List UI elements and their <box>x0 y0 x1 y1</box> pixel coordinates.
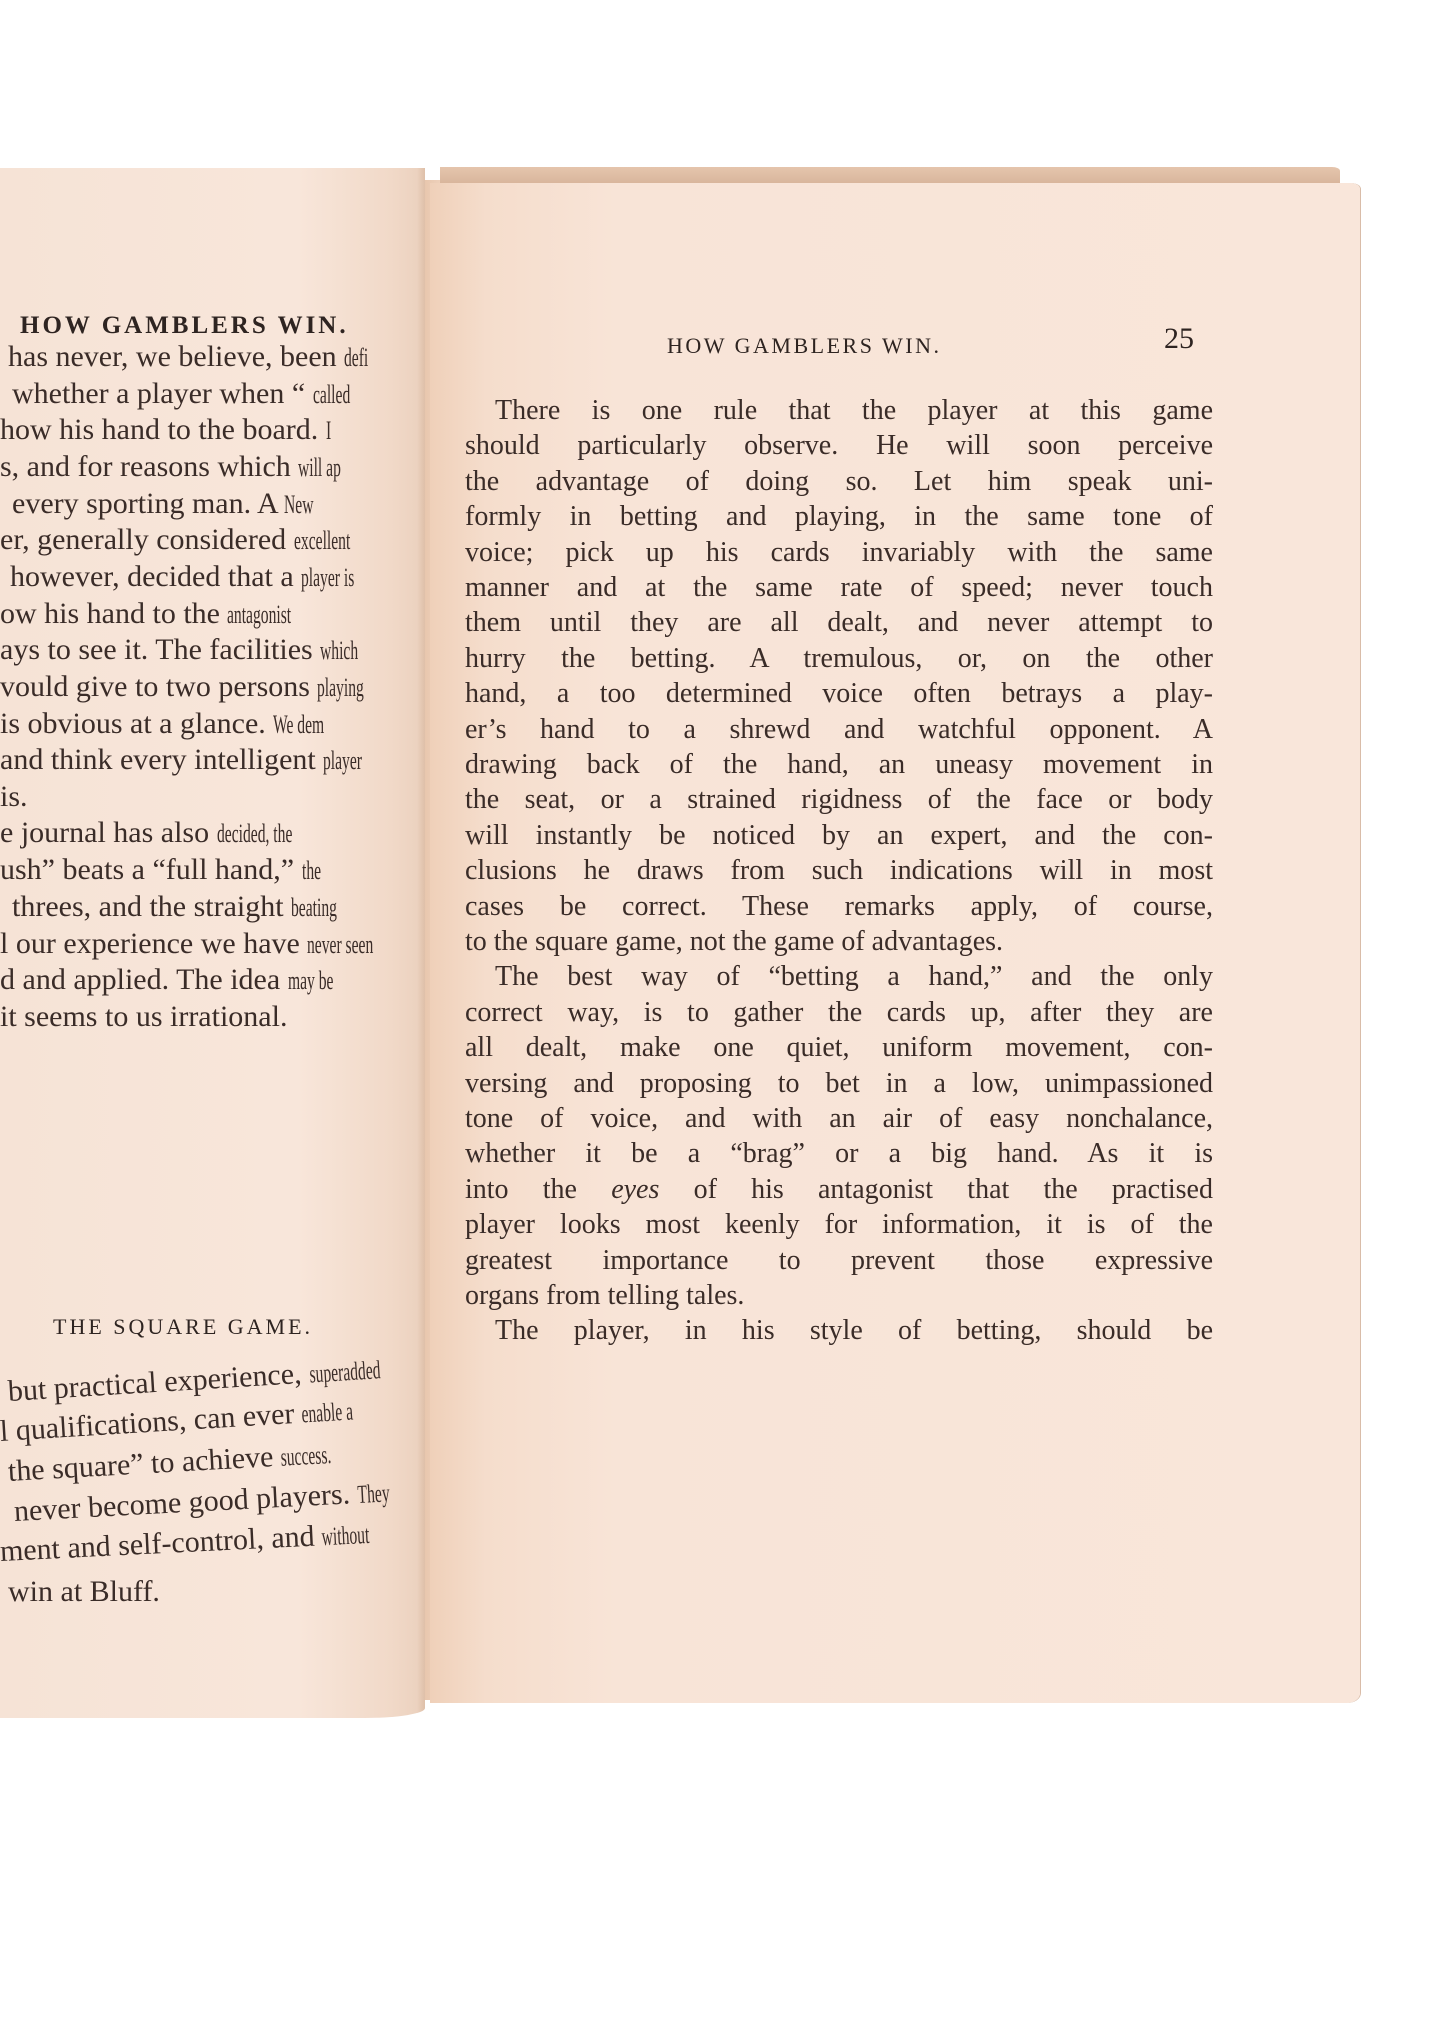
line-text: correct way, is to gather the cards up, … <box>465 997 1213 1028</box>
left-text-line: er, generally considered excellent <box>0 523 388 557</box>
line-text: player looks most keenly for information… <box>465 1209 1213 1240</box>
line-text: is. <box>0 780 28 813</box>
curved-edge-text: New <box>284 490 313 520</box>
line-text: The best way of “betting a hand,” and th… <box>495 961 1213 992</box>
curved-edge-text: We dem <box>273 710 324 740</box>
right-text-line: manner and at the same rate of speed; ne… <box>465 572 1213 604</box>
right-text-line: drawing back of the hand, an uneasy move… <box>465 749 1213 781</box>
curved-edge-text: which <box>320 636 358 666</box>
curved-edge-text: excellent <box>294 526 350 556</box>
right-text-line: The best way of “betting a hand,” and th… <box>465 961 1213 993</box>
line-text: whether it be a “brag” or a big hand. As… <box>465 1138 1213 1169</box>
right-text-line: whether it be a “brag” or a big hand. As… <box>465 1138 1213 1170</box>
line-text: er, generally considered <box>0 523 294 556</box>
line-text: The player, in his style of betting, sho… <box>495 1315 1213 1346</box>
line-text: drawing back of the hand, an uneasy move… <box>465 749 1213 780</box>
page-fold-shadow <box>417 168 425 1718</box>
line-text: l our experience we have <box>0 927 307 960</box>
right-text-line: them until they are all dealt, and never… <box>465 607 1213 639</box>
line-text: ow his hand to the <box>0 597 227 630</box>
left-section-line: win at Bluff. <box>8 1575 160 1609</box>
left-text-line: l our experience we have never seen <box>0 927 418 961</box>
line-text: them until they are all dealt, and never… <box>465 607 1213 638</box>
line-text: into the <box>465 1174 611 1205</box>
line-text: vould give to two persons <box>0 670 317 703</box>
right-text-line: greatest importance to prevent those exp… <box>465 1245 1213 1277</box>
left-text-line: is obvious at a glance. We dem <box>0 707 359 741</box>
left-text-line: every sporting man. A New <box>12 487 334 521</box>
right-text-line: cases be correct. These remarks apply, o… <box>465 891 1213 923</box>
line-text: every sporting man. A <box>12 487 284 520</box>
curved-edge-text: superadded <box>308 1355 381 1389</box>
line-text: it seems to us irrational. <box>0 1000 287 1033</box>
right-text-line: organs from telling tales. <box>465 1280 1213 1312</box>
line-text: organs from telling tales. <box>465 1280 744 1311</box>
line-text: to the square game, not the game of adva… <box>465 926 1003 957</box>
left-text-line: is. <box>0 780 28 814</box>
right-text-line: hurry the betting. A tremulous, or, on t… <box>465 643 1213 675</box>
line-text: should particularly observe. He will soo… <box>465 430 1213 461</box>
line-text: clusions he draws from such indications … <box>465 855 1213 886</box>
curved-edge-text: player <box>323 746 362 776</box>
line-text: hurry the betting. A tremulous, or, on t… <box>465 643 1213 674</box>
line-text: greatest importance to prevent those exp… <box>465 1245 1213 1276</box>
left-text-line: ow his hand to the antagonist <box>0 597 334 631</box>
line-text: tone of voice, and with an air of easy n… <box>465 1103 1213 1134</box>
right-text-line: into the eyes of his antagonist that the… <box>465 1174 1213 1206</box>
left-text-line: ays to see it. The facilities which <box>0 633 384 667</box>
right-text-line: formly in betting and playing, in the sa… <box>465 501 1213 533</box>
line-text: ush” beats a “full hand,” <box>0 853 302 886</box>
line-text: win at Bluff. <box>8 1575 160 1608</box>
curved-edge-text: success. <box>280 1440 332 1473</box>
curved-edge-text: the <box>302 856 321 886</box>
right-text-line: should particularly observe. He will soo… <box>465 430 1213 462</box>
line-text: whether a player when “ <box>12 377 313 410</box>
right-text-line: The player, in his style of betting, sho… <box>465 1315 1213 1347</box>
left-text-line: e journal has also decided, the <box>0 816 342 850</box>
line-text: will instantly be noticed by an expert, … <box>465 820 1213 851</box>
line-text: voice; pick up his cards invariably with… <box>465 537 1213 568</box>
curved-edge-text: called <box>313 380 350 410</box>
line-text: has never, we believe, been <box>8 340 344 373</box>
right-text-line: hand, a too determined voice often betra… <box>465 678 1213 710</box>
left-text-line: however, decided that a player is <box>10 560 390 594</box>
line-text: er’s hand to a shrewd and watchful oppon… <box>465 714 1213 745</box>
right-text-line: voice; pick up his cards invariably with… <box>465 537 1213 569</box>
italic-word: eyes <box>611 1174 693 1205</box>
right-text-line: the advantage of doing so. Let him speak… <box>465 466 1213 498</box>
right-text-line: to the square game, not the game of adva… <box>465 926 1213 958</box>
line-text: how his hand to the board. <box>0 413 326 446</box>
line-text: of his antagonist that the practised <box>694 1174 1213 1205</box>
right-text-line: tone of voice, and with an air of easy n… <box>465 1103 1213 1135</box>
left-text-line: has never, we believe, been defi <box>8 340 385 374</box>
section-heading: THE SQUARE GAME. <box>53 1314 313 1340</box>
right-running-head: HOW GAMBLERS WIN. <box>667 333 942 359</box>
left-text-line: whether a player when “ called <box>12 377 375 411</box>
right-text-line: versing and proposing to bet in a low, u… <box>465 1068 1213 1100</box>
left-text-line: it seems to us irrational. <box>0 1000 287 1034</box>
curved-edge-text: player is <box>301 563 354 593</box>
right-text-line: all dealt, make one quiet, uniform movem… <box>465 1032 1213 1064</box>
curved-edge-text: enable a <box>301 1396 354 1429</box>
right-text-line: correct way, is to gather the cards up, … <box>465 997 1213 1029</box>
right-text-line: player looks most keenly for information… <box>465 1209 1213 1241</box>
line-text: however, decided that a <box>10 560 301 593</box>
curved-edge-text: I <box>326 416 331 446</box>
curved-edge-text: decided, the <box>217 819 292 849</box>
right-text-line: There is one rule that the player at thi… <box>465 395 1213 427</box>
curved-edge-text: defi <box>344 343 368 373</box>
line-text: all dealt, make one quiet, uniform movem… <box>465 1032 1213 1063</box>
line-text: e journal has also <box>0 816 217 849</box>
right-text-line: will instantly be noticed by an expert, … <box>465 820 1213 852</box>
curved-edge-text: antagonist <box>227 600 291 630</box>
page-number: 25 <box>1164 322 1194 356</box>
left-text-line: and think every intelligent player <box>0 743 388 777</box>
line-text: versing and proposing to bet in a low, u… <box>465 1068 1213 1099</box>
line-text: manner and at the same rate of speed; ne… <box>465 572 1213 603</box>
left-text-line: ush” beats a “full hand,” the <box>0 853 333 887</box>
line-text: hand, a too determined voice often betra… <box>465 678 1213 709</box>
right-text-line: er’s hand to a shrewd and watchful oppon… <box>465 714 1213 746</box>
curved-edge-text: beating <box>291 893 337 923</box>
left-text-line: vould give to two persons playing <box>0 670 395 704</box>
line-text: and think every intelligent <box>0 743 323 776</box>
left-running-head: HOW GAMBLERS WIN. <box>20 312 349 340</box>
left-text-line: how his hand to the board. I <box>0 413 334 447</box>
right-text-line: the seat, or a strained rigidness of the… <box>465 784 1213 816</box>
line-text: the advantage of doing so. Let him speak… <box>465 466 1213 497</box>
line-text: is obvious at a glance. <box>0 707 273 740</box>
line-text: cases be correct. These remarks apply, o… <box>465 891 1213 922</box>
line-text: There is one rule that the player at thi… <box>495 395 1213 426</box>
line-text: the seat, or a strained rigidness of the… <box>465 784 1213 815</box>
line-text: d and applied. The idea <box>0 963 288 996</box>
left-text-line: s, and for reasons which will ap <box>0 450 370 484</box>
curved-edge-text: never seen <box>307 930 373 960</box>
line-text: formly in betting and playing, in the sa… <box>465 501 1213 532</box>
curved-edge-text: will ap <box>298 453 341 483</box>
curved-edge-text: They <box>357 1478 391 1510</box>
curved-edge-text: without <box>321 1520 370 1552</box>
curved-edge-text: may be <box>288 966 333 996</box>
right-text-line: clusions he draws from such indications … <box>465 855 1213 887</box>
left-text-line: threes, and the straight beating <box>12 890 368 924</box>
curved-edge-text: playing <box>317 673 364 703</box>
line-text: threes, and the straight <box>12 890 291 923</box>
left-text-line: d and applied. The idea may be <box>0 963 364 997</box>
line-text: s, and for reasons which <box>0 450 298 483</box>
line-text: ays to see it. The facilities <box>0 633 320 666</box>
